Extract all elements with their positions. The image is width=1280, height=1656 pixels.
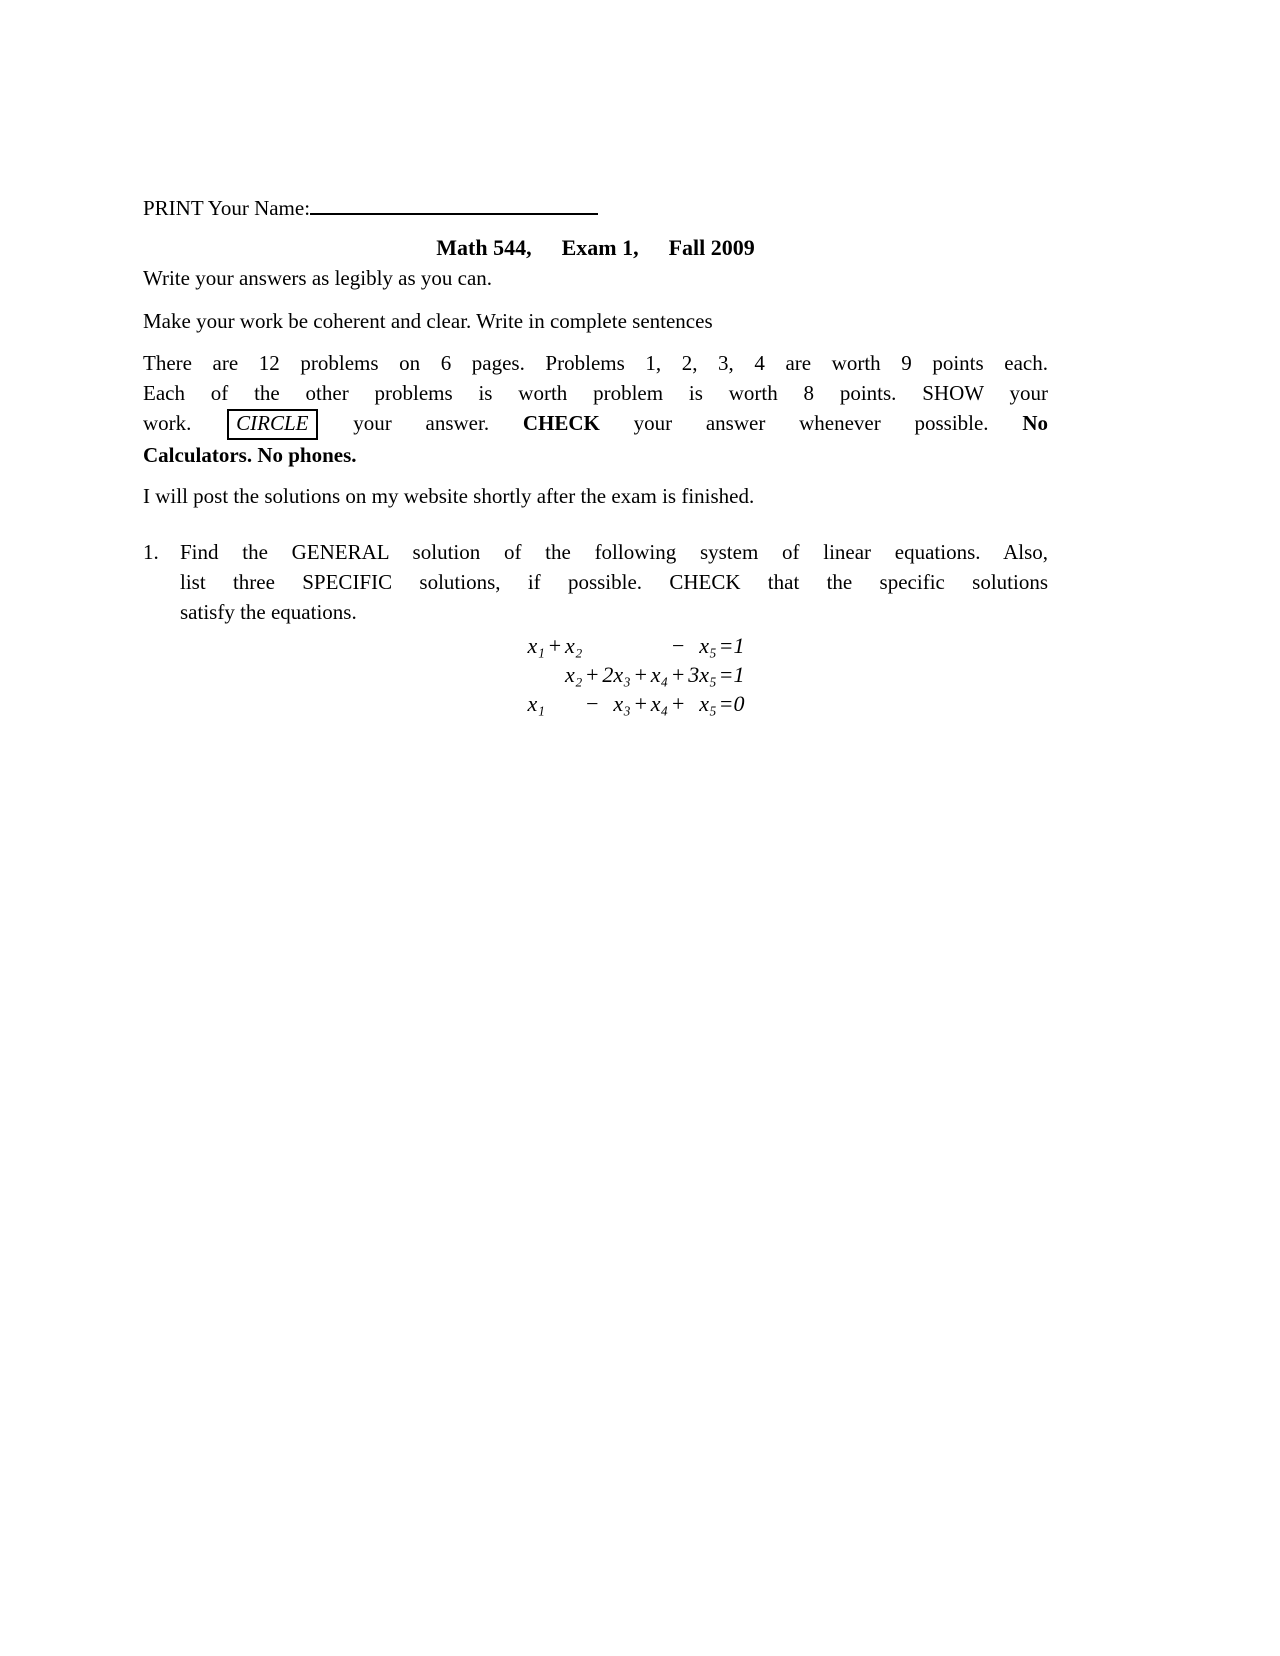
equation-rhs: =1 [718,660,746,689]
check-emphasis: CHECK [523,411,600,435]
paragraph-line-1: There are 12 problems on 6 pages. Proble… [143,348,1048,378]
equation-sign: + [583,660,601,689]
equation-sign [546,660,564,689]
problem-line-2: list three SPECIFIC solutions, if possib… [180,567,1048,597]
equation-term [601,631,631,660]
instruction-legibly: Write your answers as legibly as you can… [143,263,1048,293]
equation-grid: x₁+x₂−x₅=1 x₂+2x₃+x₄+3x₅=1 x₁−x₃+x₄+x₅=0 [527,631,746,718]
your-answer-text: your answer. [320,411,523,435]
course-title: Math 544, [436,233,531,263]
problem-line-1: Find the GENERAL solution of the followi… [180,537,1048,567]
equation-term: x₂ [564,631,583,660]
instruction-coherent: Make your work be coherent and clear. Wr… [143,306,1048,336]
equation-term: x₅ [687,689,717,718]
whenever-text: your answer whenever possible. [600,411,1022,435]
equation-sign: − [583,689,601,718]
exam-title: Exam 1, [562,233,639,263]
equation-sign: + [632,660,650,689]
equation-term: x₁ [527,631,546,660]
equation-sign: − [669,631,687,660]
equation-term: x₃ [601,689,631,718]
equation-rhs: =1 [718,631,746,660]
equation-sign: + [632,689,650,718]
problem-number: 1. [143,537,180,718]
circle-box: CIRCLE [227,409,317,440]
equation-term: x₄ [650,660,669,689]
equation-sign: + [546,631,564,660]
exam-page: PRINT Your Name: Math 544, Exam 1, Fall … [143,193,1048,718]
equation-sign: + [669,660,687,689]
problem-line-3: satisfy the equations. [180,597,1048,627]
equation-term: x₂ [564,660,583,689]
name-label: PRINT Your Name: [143,196,310,220]
equation-term: 2x₃ [601,660,631,689]
equation-term: x₁ [527,689,546,718]
term-title: Fall 2009 [669,233,755,263]
equation-term: x₄ [650,689,669,718]
paragraph-line-3: work. CIRCLE your answer. CHECK your ans… [143,408,1048,440]
equation-term: x₅ [687,631,717,660]
no-emphasis: No [1022,411,1048,435]
name-blank-line [310,193,598,215]
equation-sign: + [669,689,687,718]
equation-rhs: =0 [718,689,746,718]
paragraph-line-4: Calculators. No phones. [143,440,1048,470]
equation-term [527,660,546,689]
equation-term [650,631,669,660]
page-title: Math 544, Exam 1, Fall 2009 [143,233,1048,263]
equation-sign [632,631,650,660]
equation-system: x₁+x₂−x₅=1 x₂+2x₃+x₄+3x₅=1 x₁−x₃+x₄+x₅=0 [180,631,1048,718]
problem-text: Find the GENERAL solution of the followi… [180,537,1048,718]
name-line: PRINT Your Name: [143,193,1048,223]
equation-term: 3x₅ [687,660,717,689]
solutions-note: I will post the solutions on my website … [143,481,1048,511]
instructions-paragraph: There are 12 problems on 6 pages. Proble… [143,348,1048,470]
work-text: work. [143,411,225,435]
paragraph-line-2: Each of the other problems is worth prob… [143,378,1048,408]
equation-term [564,689,583,718]
equation-sign [583,631,601,660]
equation-sign [546,689,564,718]
problem-1: 1. Find the GENERAL solution of the foll… [143,537,1048,718]
